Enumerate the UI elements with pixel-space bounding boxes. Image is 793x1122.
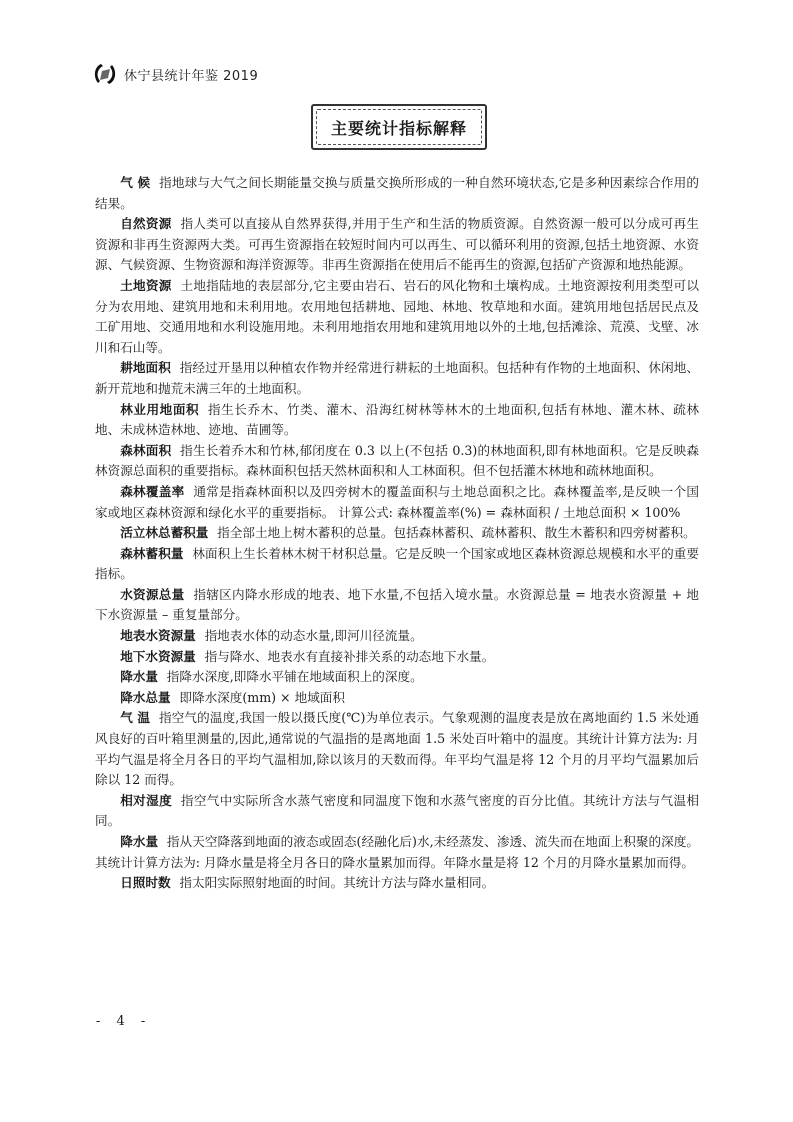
term-text: 指地球与大气之间长期能量交换与质量交换所形成的一种自然环境状态,它是多种因素综合… xyxy=(95,175,699,211)
definition-precipitation: 降水量指降水深度,即降水平铺在地域面积上的深度。 xyxy=(95,667,699,688)
term-label: 自然资源 xyxy=(120,216,171,231)
page-header: 休宁县统计年鉴 2019 xyxy=(92,60,258,88)
definitions-list: 气 候指地球与大气之间长期能量交换与质量交换所形成的一种自然环境状态,它是多种因… xyxy=(95,173,699,894)
term-text: 通常是指森林面积以及四旁树木的覆盖面积与土地总面积之比。森林覆盖率,是反映一个国… xyxy=(95,484,699,520)
definition-humidity: 相对湿度指空气中实际所含水蒸气密度和同温度下饱和水蒸气密度的百分比值。其统计方法… xyxy=(95,791,699,832)
definition-cultivated-area: 耕地面积指经过开垦用以种植农作物并经常进行耕耘的土地面积。包括种有作物的土地面积… xyxy=(95,358,699,399)
term-label: 降水量 xyxy=(120,669,158,684)
definition-sunshine-hours: 日照时数指太阳实际照射地面的时间。其统计方法与降水量相同。 xyxy=(95,873,699,894)
term-label: 相对湿度 xyxy=(120,793,172,808)
term-label: 降水总量 xyxy=(120,690,170,705)
term-text: 指空气的温度,我国一般以摄氏度(℃)为单位表示。气象观测的温度表是放在离地面约 … xyxy=(95,710,699,787)
term-label: 水资源总量 xyxy=(120,587,184,602)
term-label: 森林蓄积量 xyxy=(120,546,183,561)
term-text: 指辖区内降水形成的地表、地下水量,不包括入境水量。水资源总量 = 地表水资源量 … xyxy=(95,587,699,623)
term-text: 指地表水体的动态水量,即河川径流量。 xyxy=(205,628,423,643)
section-title-frame: 主要统计指标解释 xyxy=(311,104,487,150)
definition-forestry-land: 林业用地面积指生长乔木、竹类、灌木、沿海红树林等林木的土地面积,包括有林地、灌木… xyxy=(95,400,699,441)
yearbook-title: 休宁县统计年鉴 2019 xyxy=(124,65,258,84)
definition-standing-stock: 活立林总蓄积量指全部土地上树木蓄积的总量。包括森林蓄积、疏林蓄积、散生木蓄积和四… xyxy=(95,523,699,544)
term-label: 活立林总蓄积量 xyxy=(120,525,208,540)
definition-water-total: 水资源总量指辖区内降水形成的地表、地下水量,不包括入境水量。水资源总量 = 地表… xyxy=(95,585,699,626)
definition-surface-water: 地表水资源量指地表水体的动态水量,即河川径流量。 xyxy=(95,626,699,647)
term-label: 日照时数 xyxy=(120,875,170,890)
term-label: 耕地面积 xyxy=(120,360,171,375)
definition-temperature: 气 温指空气的温度,我国一般以摄氏度(℃)为单位表示。气象观测的温度表是放在离地… xyxy=(95,708,699,790)
yearbook-logo-icon xyxy=(92,61,118,87)
definition-precipitation-total: 降水总量即降水深度(mm) × 地域面积 xyxy=(95,688,699,709)
term-text: 指从天空降落到地面的液态或固态(经融化后)水,未经蒸发、渗透、流失而在地面上积聚… xyxy=(95,834,699,870)
term-text: 指空气中实际所含水蒸气密度和同温度下饱和水蒸气密度的百分比值。其统计方法与气温相… xyxy=(95,793,699,829)
term-text: 指全部土地上树木蓄积的总量。包括森林蓄积、疏林蓄积、散生木蓄积和四旁树蓄积。 xyxy=(217,525,696,540)
term-label: 林业用地面积 xyxy=(120,402,199,417)
definition-forest-area: 森林面积指生长着乔木和竹林,郁闭度在 0.3 以上(不包括 0.3)的林地面积,… xyxy=(95,441,699,482)
definition-groundwater: 地下水资源量指与降水、地表水有直接补排关系的动态地下水量。 xyxy=(95,647,699,668)
definition-land-resources: 土地资源土地指陆地的表层部分,它主要由岩石、岩石的风化物和土壤构成。土地资源按利… xyxy=(95,276,699,358)
term-text: 指经过开垦用以种植农作物并经常进行耕耘的土地面积。包括种有作物的土地面积、休闲地… xyxy=(95,360,699,396)
definition-forest-coverage: 森林覆盖率通常是指森林面积以及四旁树木的覆盖面积与土地总面积之比。森林覆盖率,是… xyxy=(95,482,699,523)
definition-natural-resources: 自然资源指人类可以直接从自然界获得,并用于生产和生活的物质资源。自然资源一般可以… xyxy=(95,214,699,276)
term-label: 地下水资源量 xyxy=(120,649,196,664)
term-label: 地表水资源量 xyxy=(120,628,196,643)
term-label: 土地资源 xyxy=(120,278,171,293)
term-text: 指太阳实际照射地面的时间。其统计方法与降水量相同。 xyxy=(179,875,494,890)
definition-rainfall: 降水量指从天空降落到地面的液态或固态(经融化后)水,未经蒸发、渗透、流失而在地面… xyxy=(95,832,699,873)
term-text: 指生长着乔木和竹林,郁闭度在 0.3 以上(不包括 0.3)的林地面积,即有林地… xyxy=(95,443,699,479)
term-text: 土地指陆地的表层部分,它主要由岩石、岩石的风化物和土壤构成。土地资源按利用类型可… xyxy=(95,278,699,355)
term-label: 气 候 xyxy=(120,175,150,190)
definition-climate: 气 候指地球与大气之间长期能量交换与质量交换所形成的一种自然环境状态,它是多种因… xyxy=(95,173,699,214)
term-text: 林面积上生长着林木树干材积总量。它是反映一个国家或地区森林资源总规模和水平的重要… xyxy=(95,546,699,582)
term-text: 指降水深度,即降水平铺在地域面积上的深度。 xyxy=(167,669,423,684)
term-label: 森林覆盖率 xyxy=(120,484,184,499)
term-label: 气 温 xyxy=(120,710,150,725)
term-text: 指与降水、地表水有直接补排关系的动态地下水量。 xyxy=(205,649,495,664)
definition-forest-stock: 森林蓄积量林面积上生长着林木树干材积总量。它是反映一个国家或地区森林资源总规模和… xyxy=(95,544,699,585)
term-text: 指人类可以直接从自然界获得,并用于生产和生活的物质资源。自然资源一般可以分成可再… xyxy=(95,216,699,272)
term-text: 即降水深度(mm) × 地域面积 xyxy=(179,690,345,705)
term-label: 森林面积 xyxy=(120,443,171,458)
section-title: 主要统计指标解释 xyxy=(331,116,467,139)
page-number: - 4 - xyxy=(96,1014,151,1029)
term-label: 降水量 xyxy=(120,834,158,849)
